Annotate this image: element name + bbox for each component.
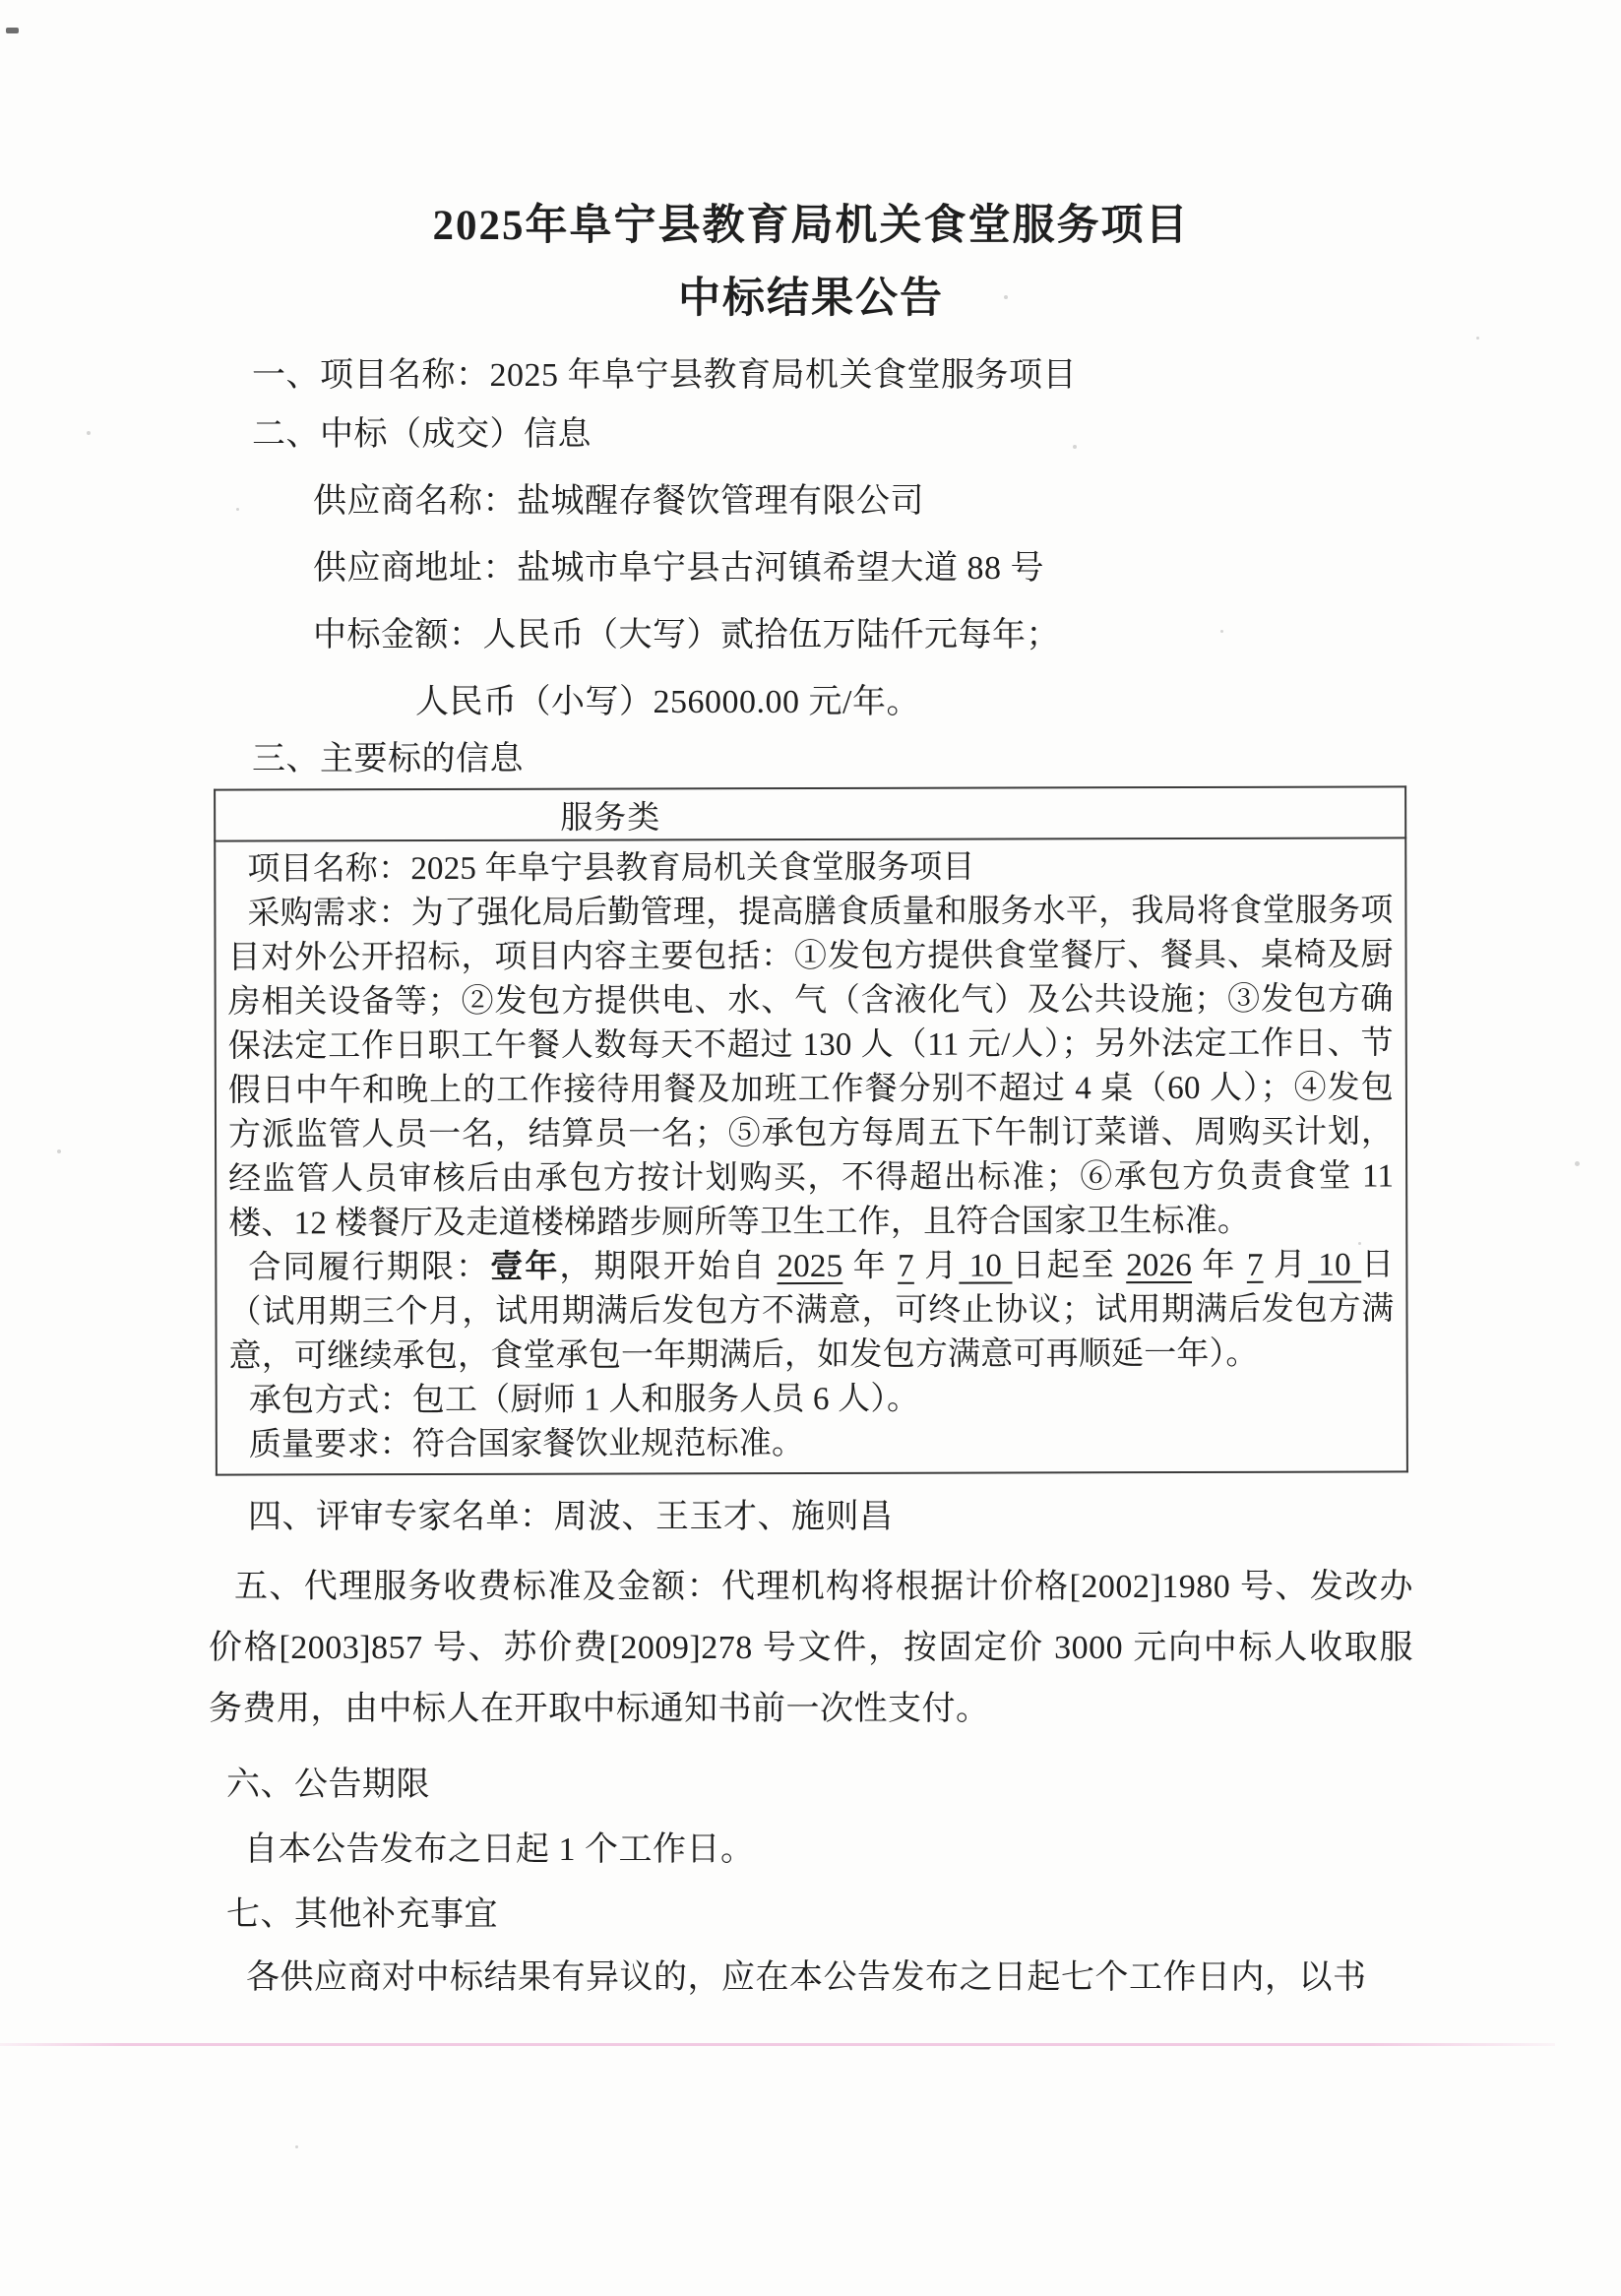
scan-speck (1004, 295, 1008, 299)
contract-sep6: 日 (1361, 1247, 1394, 1282)
table-header-row: 服务类 (215, 786, 1405, 840)
table-header-service-category: 服务类 (215, 786, 1405, 840)
supplier-address-line: 供应商地址：盐城市阜宁县古河镇希望大道 88 号 (209, 547, 1413, 590)
contract-start-month: 7 (898, 1249, 914, 1284)
document-title-line1: 2025年阜宁县教育局机关食堂服务项目 (209, 0, 1413, 252)
table-body-row: 项目名称：2025 年阜宁县教育局机关食堂服务项目 采购需求：为了强化局后勤管理… (215, 838, 1407, 1474)
scan-speck (87, 431, 91, 435)
contract-end-month: 7 (1247, 1248, 1264, 1283)
award-amount-in-figures-line: 人民币（小写）256000.00 元/年。 (209, 681, 1413, 724)
section-6-body: 自本公告发布之日起 1 个工作日。 (209, 1829, 1413, 1872)
scanned-document-page: 2025年阜宁县教育局机关食堂服务项目 中标结果公告 一、项目名称：2025 年… (0, 0, 1621, 2296)
table-contract-mode: 承包方式：包工（厨师 1 人和服务人员 6 人）。 (229, 1376, 1395, 1423)
table-quality-requirement: 质量要求：符合国家餐饮业规范标准。 (229, 1420, 1395, 1467)
contract-start-year: 2025 (777, 1249, 842, 1284)
contract-sep2: 月 (914, 1249, 960, 1284)
scan-artifact-pink-line (0, 2043, 1555, 2046)
subject-info-table: 服务类 项目名称：2025 年阜宁县教育局机关食堂服务项目 采购需求：为了强化局… (214, 785, 1408, 1475)
document-content: 2025年阜宁县教育局机关食堂服务项目 中标结果公告 一、项目名称：2025 年… (209, 0, 1413, 2000)
section-5-agency-fee: 五、代理服务收费标准及金额：代理机构将根据计价格[2002]1980 号、发改办… (209, 1557, 1413, 1740)
scan-speck (1575, 1161, 1580, 1166)
section-7-body: 各供应商对中标结果有异议的，应在本公告发布之日起七个工作日内，以书 (209, 1956, 1413, 2000)
section-3-subject-info-heading: 三、主要标的信息 (209, 738, 1413, 781)
section-7-heading: 七、其他补充事宜 (209, 1893, 1413, 1937)
section-6-heading: 六、公告期限 (209, 1764, 1413, 1807)
contract-sep4: 年 (1192, 1248, 1247, 1283)
scan-speck (896, 854, 899, 857)
contract-lead-text: ，期限开始自 (559, 1249, 777, 1285)
scan-speck (236, 508, 239, 511)
contract-trial-note: （试用期三个月，试用期满后发包方不满意，可终止协议；试用期满后发包方满意，可继续… (228, 1291, 1394, 1374)
section-1-project-name: 一、项目名称：2025 年阜宁县教育局机关食堂服务项目 (209, 354, 1413, 398)
table-procurement-requirements: 采购需求：为了强化局后勤管理，提高膳食质量和服务水平，我局将食堂服务项目对外公开… (227, 889, 1394, 1246)
scan-speck (1358, 1242, 1361, 1245)
scan-artifact-mark (6, 28, 19, 33)
scan-speck (1073, 445, 1077, 449)
contract-label: 合同履行期限： (248, 1250, 490, 1286)
scan-speck (1476, 337, 1479, 340)
scan-speck (295, 2145, 298, 2148)
contract-sep3: 日起至 (1012, 1248, 1126, 1283)
supplier-name-line: 供应商名称：盐城醒存餐饮管理有限公司 (209, 480, 1413, 524)
section-4-expert-list: 四、评审专家名单：周波、王玉才、施则昌 (209, 1496, 1413, 1539)
contract-start-day: 10 (959, 1248, 1012, 1283)
document-title-line2: 中标结果公告 (209, 274, 1413, 325)
table-body-cell: 项目名称：2025 年阜宁县教育局机关食堂服务项目 采购需求：为了强化局后勤管理… (215, 838, 1407, 1474)
scan-speck (1220, 630, 1223, 633)
contract-term-one-year: 壹年 (490, 1250, 559, 1285)
table-contract-term: 合同履行期限：壹年，期限开始自 2025 年 7 月 10 日起至 2026 年… (228, 1243, 1394, 1379)
contract-end-year: 2026 (1126, 1248, 1192, 1283)
contract-sep1: 年 (842, 1249, 898, 1284)
award-amount-in-words-line: 中标金额：人民币（大写）贰拾伍万陆仟元每年； (209, 614, 1413, 657)
contract-end-day: 10 (1308, 1248, 1361, 1283)
section-2-award-info-heading: 二、中标（成交）信息 (209, 413, 1413, 457)
table-item-name: 项目名称：2025 年阜宁县教育局机关食堂服务项目 (227, 844, 1393, 892)
scan-speck (57, 1149, 61, 1153)
contract-sep5: 月 (1263, 1248, 1308, 1283)
